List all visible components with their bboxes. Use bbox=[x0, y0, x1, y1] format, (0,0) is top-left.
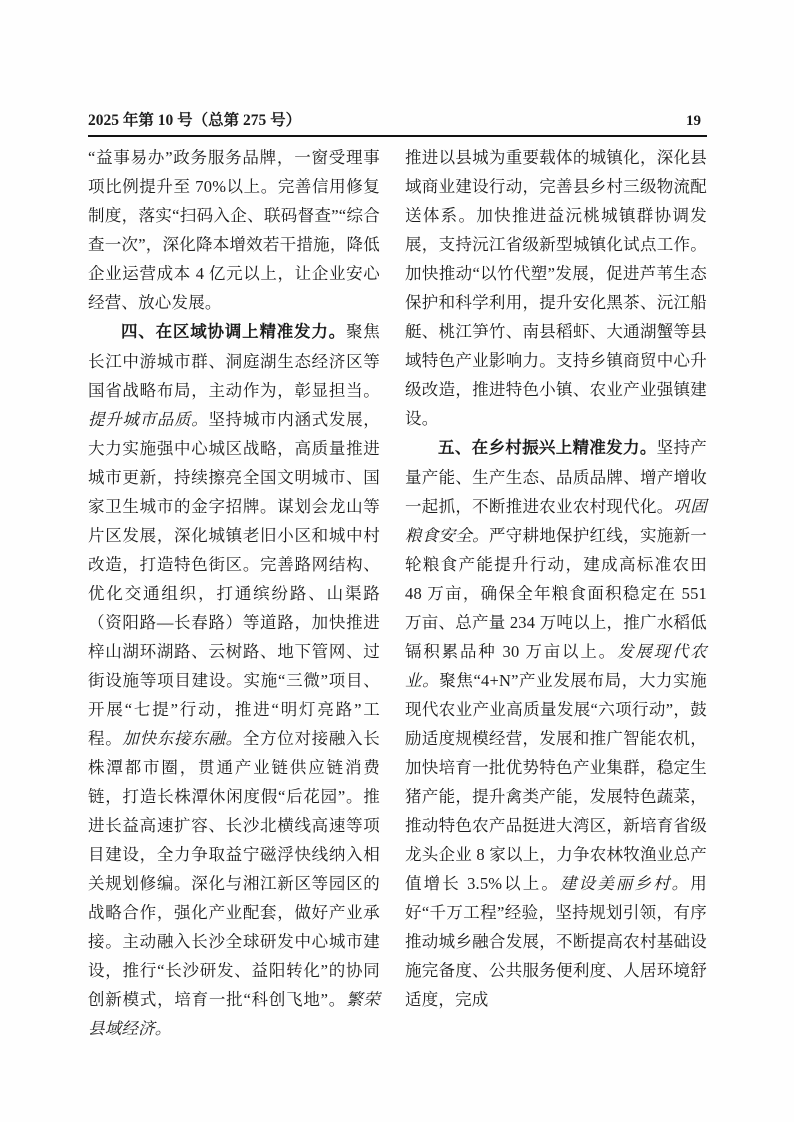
text-column-left: “益事易办”政务服务品牌，一窗受理事项比例提升至 70%以上。完善信用修复制度，… bbox=[88, 143, 380, 1043]
body-text: “益事易办”政务服务品牌，一窗受理事项比例提升至 70%以上。完善信用修复制度，… bbox=[88, 148, 380, 312]
emphasis-text: 建设美丽乡村。 bbox=[560, 874, 690, 893]
body-text: 坚持城市内涵式发展，大力实施强中心城区战略，高质量推进城市更新，持续擦亮全国文明… bbox=[88, 410, 380, 748]
text-column-right: 推进以县城为重要载体的城镇化，深化县域商业建设行动，完善县乡村三级物流配送体系。… bbox=[405, 143, 707, 1043]
page-header: 2025 年第 10 号（总第 275 号） 19 bbox=[88, 111, 707, 137]
paragraph: “益事易办”政务服务品牌，一窗受理事项比例提升至 70%以上。完善信用修复制度，… bbox=[88, 143, 380, 317]
body-text: 用好“千万工程”经验，坚持规划引领，有序推动城乡融合发展，不断提高农村基础设施完… bbox=[405, 874, 707, 1009]
body-text: 聚焦“4+N”产业发展布局，大力实施现代农业产业高质量发展“六项行动”，鼓励适度… bbox=[405, 671, 707, 893]
paragraph: 推进以县城为重要载体的城镇化，深化县域商业建设行动，完善县乡村三级物流配送体系。… bbox=[405, 143, 707, 433]
body-text: 推进以县城为重要载体的城镇化，深化县域商业建设行动，完善县乡村三级物流配送体系。… bbox=[405, 148, 707, 428]
emphasis-text: 提升城市品质。 bbox=[88, 410, 208, 429]
emphasis-text: 加快东接东融。 bbox=[122, 729, 242, 748]
paragraph-heading: 五、在乡村振兴上精准发力。 bbox=[438, 439, 657, 457]
issue-info: 2025 年第 10 号（总第 275 号） bbox=[88, 111, 301, 131]
paragraph: 五、在乡村振兴上精准发力。坚持产量产能、生产生态、品质品牌、增产增收一起抓，不断… bbox=[405, 433, 707, 1014]
page-body: “益事易办”政务服务品牌，一窗受理事项比例提升至 70%以上。完善信用修复制度，… bbox=[88, 143, 707, 1043]
body-text: 严守耕地保护红线，实施新一轮粮食产能提升行动，建成高标准农田 48 万亩，确保全… bbox=[405, 526, 707, 661]
page-number: 19 bbox=[686, 111, 707, 131]
document-page: 2025 年第 10 号（总第 275 号） 19 “益事易办”政务服务品牌，一… bbox=[0, 0, 794, 1122]
paragraph-heading: 四、在区域协调上精准发力。 bbox=[121, 323, 346, 341]
paragraph: 四、在区域协调上精准发力。聚焦长江中游城市群、洞庭湖生态经济区等国省战略布局，主… bbox=[88, 317, 380, 1043]
body-text: 全方位对接融入长株潭都市圈，贯通产业链供应链消费链，打造长株潭休闲度假“后花园”… bbox=[88, 729, 380, 1009]
